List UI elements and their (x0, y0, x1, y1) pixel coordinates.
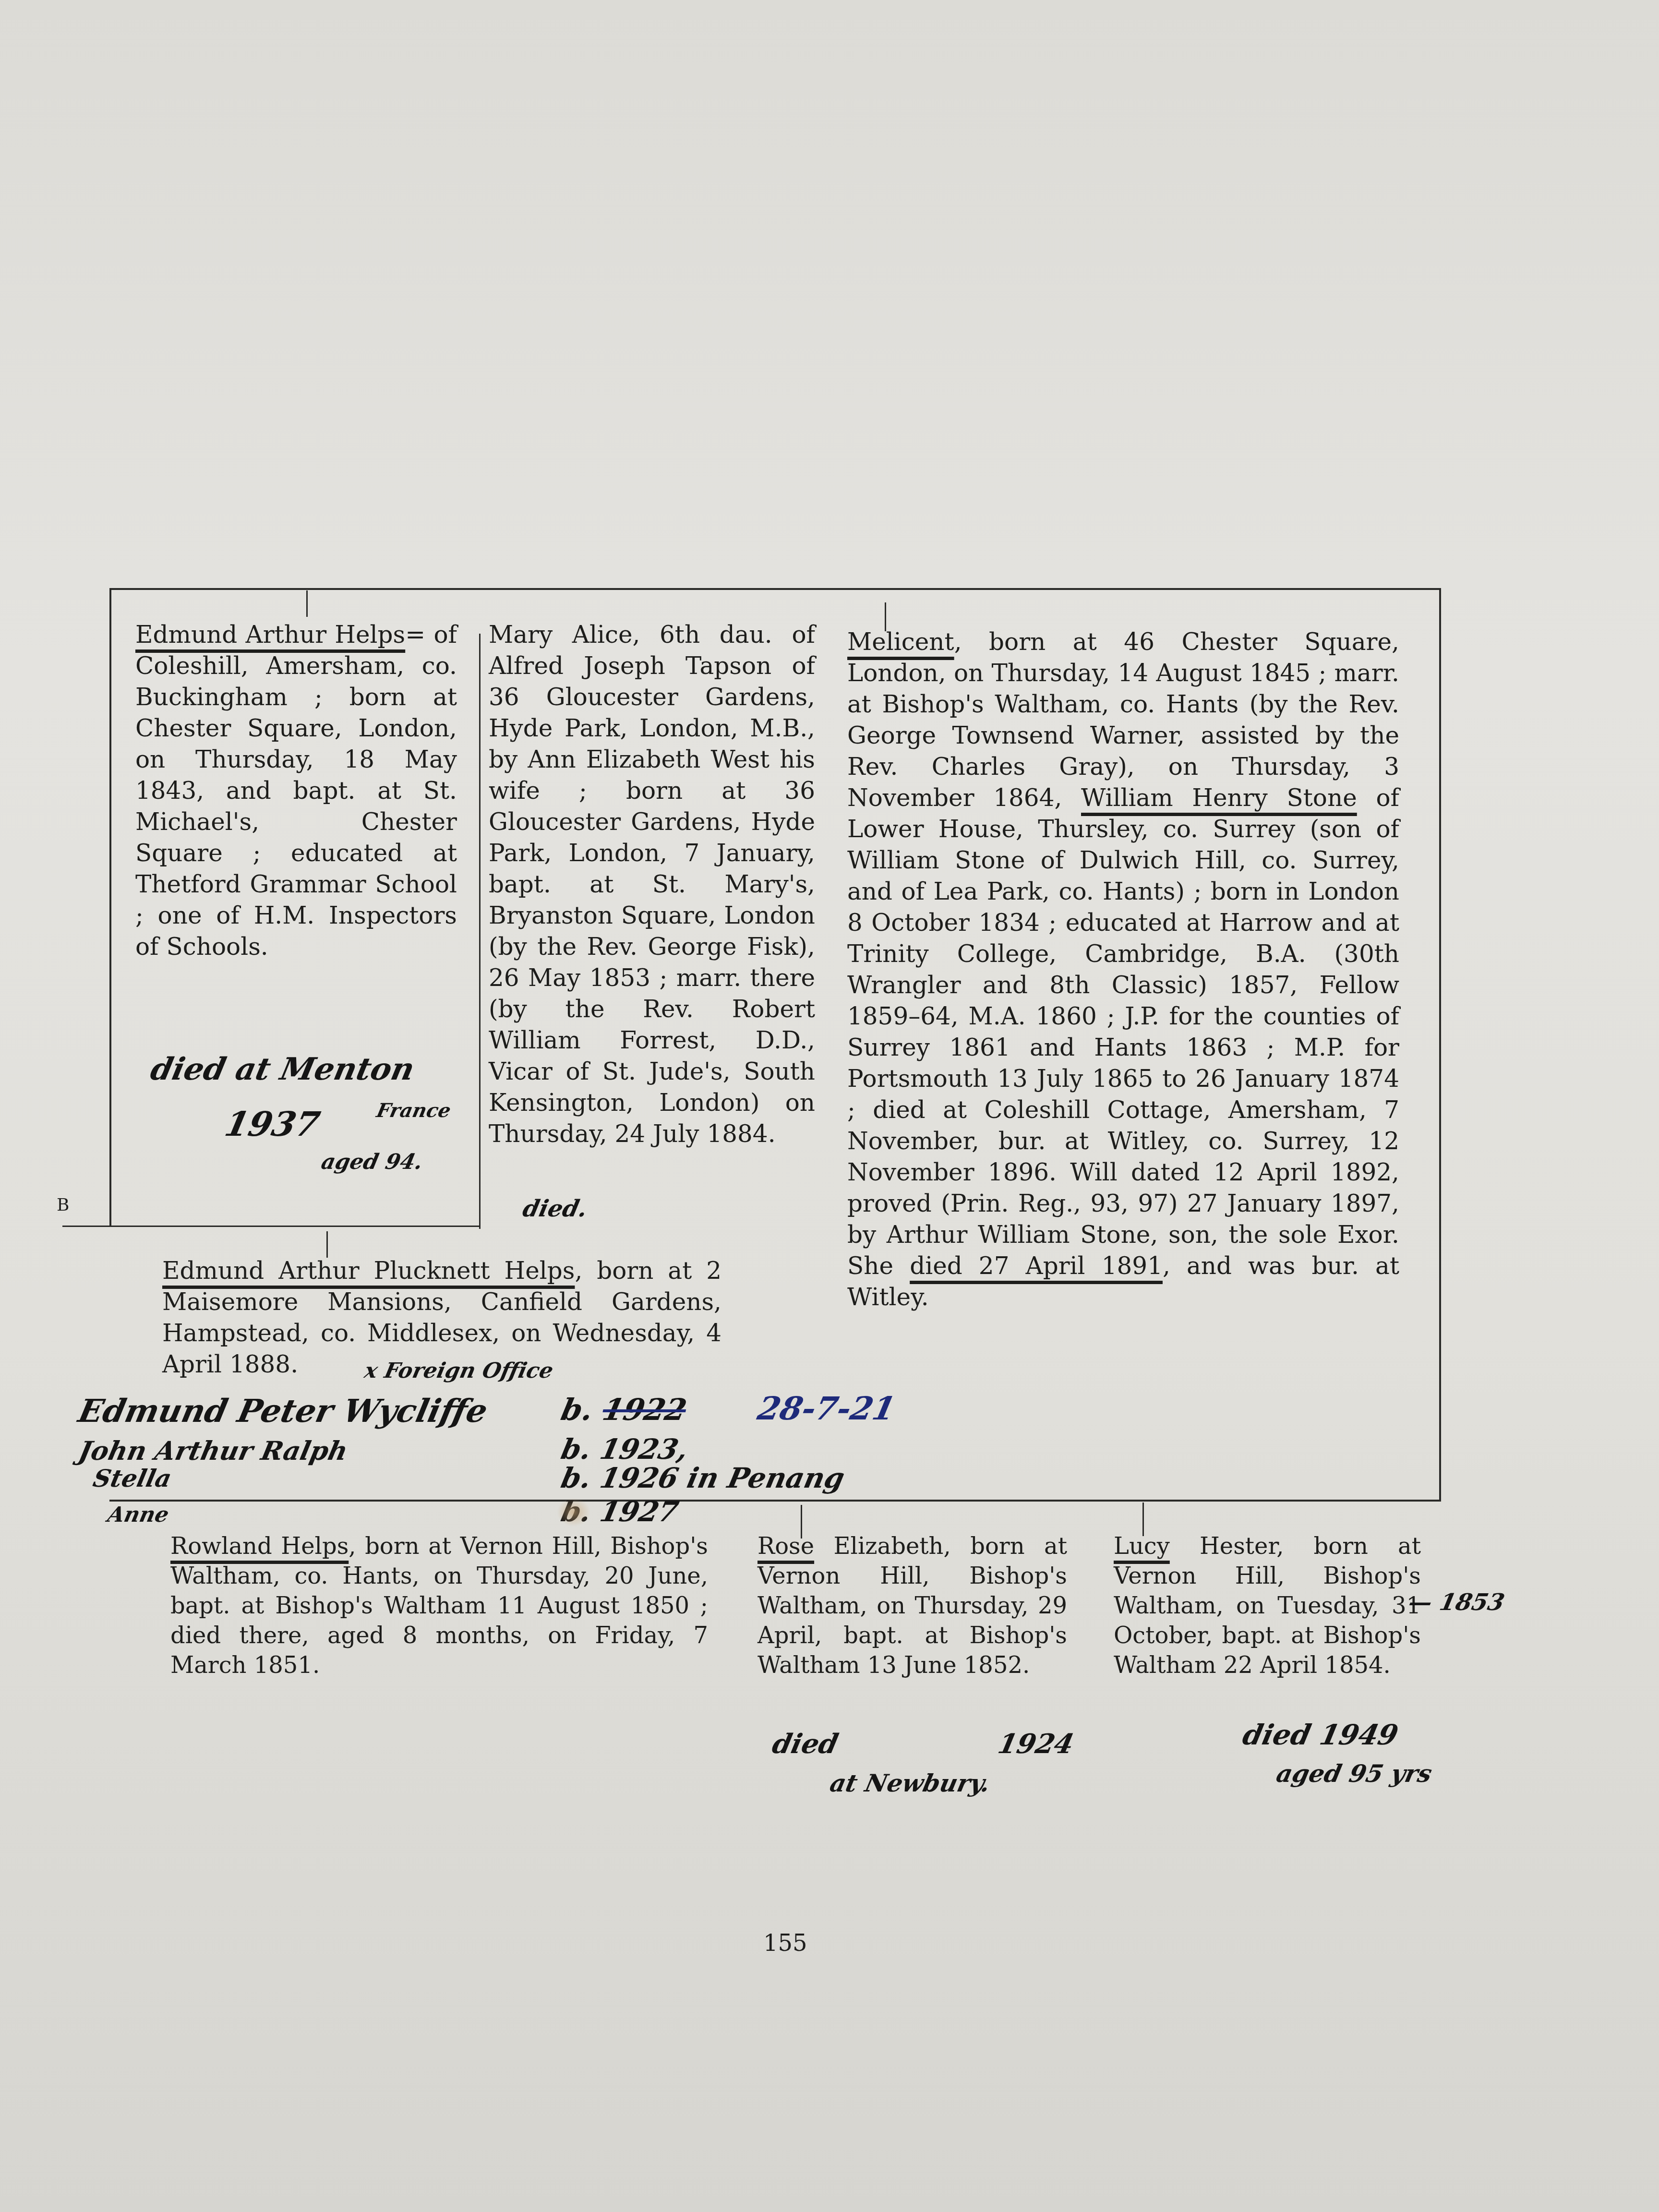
note-foreign-office: x Foreign Office (362, 1358, 556, 1383)
column-bottom-line (62, 1226, 480, 1227)
note-child-2: John Arthur Ralph (76, 1435, 350, 1466)
note-year-3: b. 1926 in Penang (558, 1462, 848, 1494)
entry-edmund-arthur: Edmund Arthur Helps= of Coleshill, Amers… (135, 619, 457, 962)
note-edmund-place: France (374, 1099, 453, 1122)
note-year-1: b. 1922 (558, 1392, 690, 1427)
person-name: Edmund Arthur Helps (135, 621, 405, 649)
note-year-2: b. 1923, (558, 1433, 691, 1466)
note-lucy-year: — 1853 (1406, 1589, 1507, 1616)
note-edmund-age: aged 94. (319, 1150, 425, 1174)
entry-text: of Coleshill, Amersham, co. Buckingham ;… (135, 621, 457, 961)
descent-line (326, 1231, 328, 1258)
note-child-1: Edmund Peter Wycliffe (75, 1392, 491, 1430)
note-child-4: Anne (106, 1503, 171, 1527)
entry-lucy: Lucy Hester, born at Vernon Hill, Bishop… (1114, 1531, 1421, 1680)
note-lucy-age: aged 95 yrs (1274, 1759, 1435, 1788)
column-divider (479, 634, 481, 1229)
note-child-3: Stella (91, 1464, 174, 1492)
entry-rose: Rose Elizabeth, born at Vernon Hill, Bis… (757, 1531, 1067, 1680)
note-year-1-correction: 28-7-21 (755, 1390, 899, 1427)
note-edmund-year: 1937 (221, 1104, 323, 1144)
descent-line (306, 590, 308, 617)
note-rose-died: died (769, 1728, 841, 1760)
note-edmund-died: died at Menton (147, 1051, 418, 1087)
note-mary-died: died. (520, 1195, 590, 1222)
entry-mary-alice: Mary Alice, 6th dau. of Alfred Joseph Ta… (489, 619, 815, 1150)
entry-text: Mary Alice, 6th dau. of Alfred Joseph Ta… (489, 619, 815, 1150)
note-rose-year: 1924 (995, 1728, 1077, 1760)
entry-rowland: Rowland Helps, born at Vernon Hill, Bish… (170, 1531, 708, 1680)
note-lucy-died: died 1949 (1240, 1719, 1401, 1751)
entry-melicent: Melicent, born at 46 Chester Square, Lon… (847, 626, 1399, 1313)
margin-letter: B (57, 1195, 69, 1215)
note-rose-place: at Newbury. (828, 1769, 993, 1797)
pedigree-frame-left (109, 588, 111, 1226)
page-number: 155 (763, 1930, 807, 1957)
paper-stain (557, 1498, 590, 1527)
